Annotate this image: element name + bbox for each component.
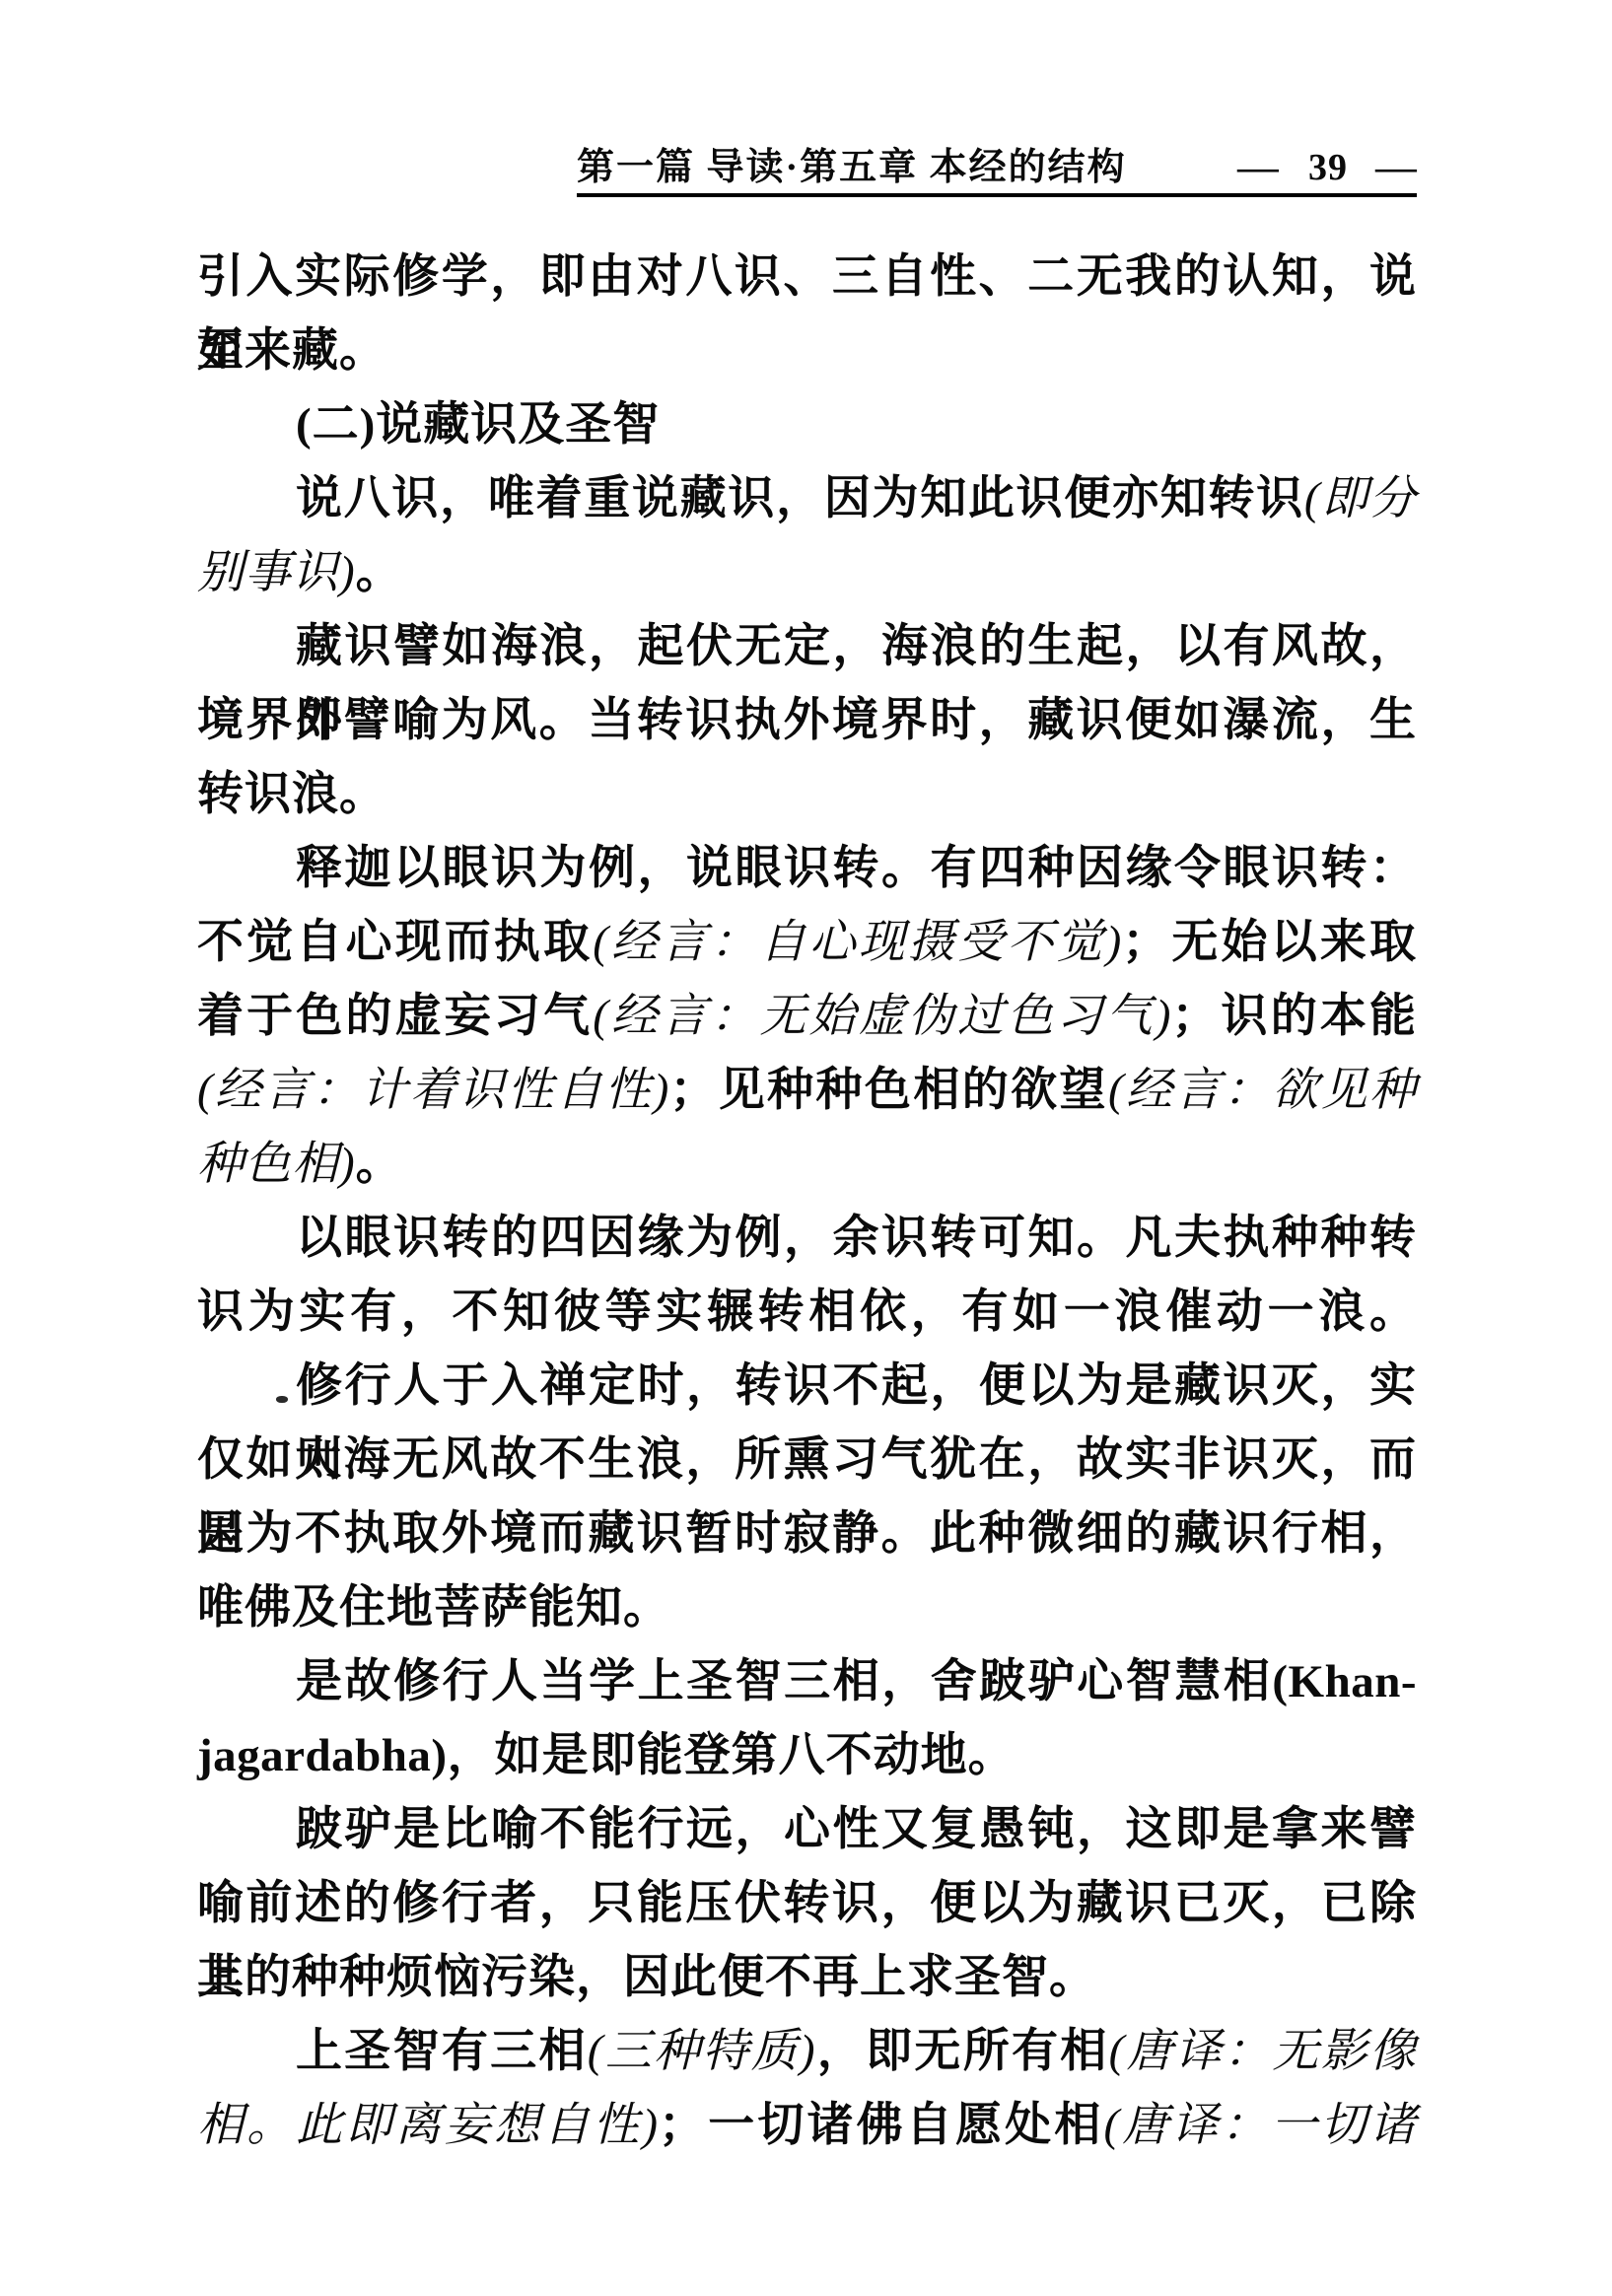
text-run: 。 <box>356 1139 403 1190</box>
text-run-annotation: 种色相) <box>197 1139 356 1190</box>
text-run: 上圣智有三相 <box>296 2026 588 2077</box>
text-line: 不觉自心现而执取(经言：自心现摄受不觉)；无始以来取 <box>197 906 1417 980</box>
text-run-latin: jagardabha) <box>197 1730 448 1781</box>
text-line: 仅如大海无风故不生浪，所熏习气犹在，故实非识灭，而是 <box>197 1424 1417 1497</box>
text-run: 。 <box>356 547 403 598</box>
text-line: 是故修行人当学上圣智三相，舍跛驴心智慧相(Khan- <box>197 1645 1417 1719</box>
text-run-annotation: (唐译：无影像 <box>1109 2026 1417 2077</box>
header-rule <box>577 193 1417 197</box>
text-line: (经言：计着识性自性)；见种种色相的欲望(经言：欲见种 <box>197 1054 1417 1128</box>
text-run: 识为实有，不知彼等实辗转相依，有如一浪催动一浪。 <box>197 1287 1417 1338</box>
text-run: 境界即譬喻为风。当转识执外境界时，藏识便如瀑流，生 <box>197 695 1417 746</box>
text-line: 唯佛及住地菩萨能知。 <box>197 1571 1417 1645</box>
text-run-annotation: (即分 <box>1304 473 1417 524</box>
text-run: 以眼识转的四因缘为例，余识转可知。凡夫执种种转 <box>296 1213 1417 1264</box>
chapter-title: 第一篇 导读·第五章 本经的结构 <box>577 136 1127 190</box>
text-line: 因为不执取外境而藏识暂时寂静。此种微细的藏识行相， <box>197 1497 1417 1571</box>
text-run: ；见种种色相的欲望 <box>669 1065 1108 1116</box>
text-run: 着于色的虚妄习气 <box>197 991 593 1042</box>
text-line: 种色相)。 <box>197 1128 1417 1202</box>
text-run: ；识的本能 <box>1171 991 1417 1042</box>
text-run-latin: (Khan- <box>1272 1656 1417 1707</box>
text-line: 上圣智有三相(三种特质)，即无所有相(唐译：无影像 <box>197 2015 1417 2089</box>
scan-artifact-dot <box>276 1396 288 1403</box>
text-line: 修行人于入禅定时，转识不起，便以为是藏识灭，实则 <box>197 1350 1417 1424</box>
text-line: 藏识譬如海浪，起伏无定，海浪的生起，以有风故，外 <box>197 610 1417 684</box>
text-line: 别事识)。 <box>197 536 1417 610</box>
text-run-annotation: 相。此即离妄想自性) <box>197 2100 659 2151</box>
text-line: 以眼识转的四因缘为例，余识转可知。凡夫执种种转 <box>197 1202 1417 1276</box>
text-run-annotation: (经言：计着识性自性) <box>197 1065 669 1116</box>
text-run: (二)说藏识及圣智 <box>296 399 660 451</box>
page-number: 39 <box>1308 146 1348 189</box>
text-line section-heading: (二)说藏识及圣智 <box>197 388 1417 462</box>
text-line: 境界即譬喻为风。当转识执外境界时，藏识便如瀑流，生 <box>197 684 1417 758</box>
text-run-annotation: (经言：无始虚伪过色习气) <box>593 991 1171 1042</box>
text-run: ；无始以来取 <box>1122 917 1417 968</box>
body-text: 引入实际修学，即由对八识、三自性、二无我的认知，说至 如来藏。 (二)说藏识及圣… <box>197 241 1417 2163</box>
page-number-dash-right: — <box>1375 146 1419 189</box>
text-run: ；一切诸佛自愿处相 <box>659 2100 1103 2151</box>
text-run-annotation: (经言：欲见种 <box>1108 1065 1417 1116</box>
text-line: 跛驴是比喻不能行远，心性又复愚钝，这即是拿来譬 <box>197 1793 1417 1867</box>
text-run: 因为不执取外境而藏识暂时寂静。此种微细的藏识行相， <box>197 1508 1417 1560</box>
running-header: 第一篇 导读·第五章 本经的结构 — 39 — <box>577 136 1417 190</box>
text-run: ，即无所有相 <box>816 2026 1109 2077</box>
text-line: 转识浪。 <box>197 758 1417 832</box>
text-line: 如来藏。 <box>197 314 1417 388</box>
text-run: 跛驴是比喻不能行远，心性又复愚钝，这即是拿来譬 <box>296 1804 1417 1855</box>
text-line: 着于色的虚妄习气(经言：无始虚伪过色习气)；识的本能 <box>197 980 1417 1054</box>
text-run-annotation: 别事识) <box>197 547 356 598</box>
text-run: 上的种种烦恼污染，因此便不再上求圣智。 <box>197 1952 1096 2003</box>
text-line: 喻前述的修行者，只能压伏转识，便以为藏识已灭，已除其 <box>197 1867 1417 1941</box>
text-line: 说八识，唯着重说藏识，因为知此识便亦知转识(即分 <box>197 462 1417 536</box>
text-line: 相。此即离妄想自性)；一切诸佛自愿处相(唐译：一切诸 <box>197 2089 1417 2163</box>
page-number-dash-left: — <box>1237 146 1281 189</box>
text-line: 引入实际修学，即由对八识、三自性、二无我的认知，说至 <box>197 241 1417 314</box>
text-run: 释迦以眼识为例，说眼识转。有四种因缘令眼识转： <box>296 843 1417 894</box>
book-page: 第一篇 导读·第五章 本经的结构 — 39 — 引入实际修学，即由对八识、三自性… <box>0 0 1612 2296</box>
text-line: jagardabha)，如是即能登第八不动地。 <box>197 1719 1417 1793</box>
text-run: ，如是即能登第八不动地。 <box>448 1730 1016 1781</box>
text-run-annotation: (唐译：一切诸 <box>1103 2100 1417 2151</box>
text-line: 识为实有，不知彼等实辗转相依，有如一浪催动一浪。 <box>197 1276 1417 1350</box>
text-line: 释迦以眼识为例，说眼识转。有四种因缘令眼识转： <box>197 832 1417 906</box>
text-run: 不觉自心现而执取 <box>197 917 593 968</box>
text-run: 说八识，唯着重说藏识，因为知此识便亦知转识 <box>296 473 1304 524</box>
text-line: 上的种种烦恼污染，因此便不再上求圣智。 <box>197 1941 1417 2015</box>
text-run-annotation: (经言：自心现摄受不觉) <box>593 917 1122 968</box>
text-run: 转识浪。 <box>197 769 386 820</box>
text-run: 是故修行人当学上圣智三相，舍跛驴心智慧相 <box>296 1656 1272 1707</box>
text-run: 如来藏。 <box>197 325 386 377</box>
text-run-annotation: (三种特质) <box>588 2026 816 2077</box>
text-run: 唯佛及住地菩萨能知。 <box>197 1582 670 1634</box>
